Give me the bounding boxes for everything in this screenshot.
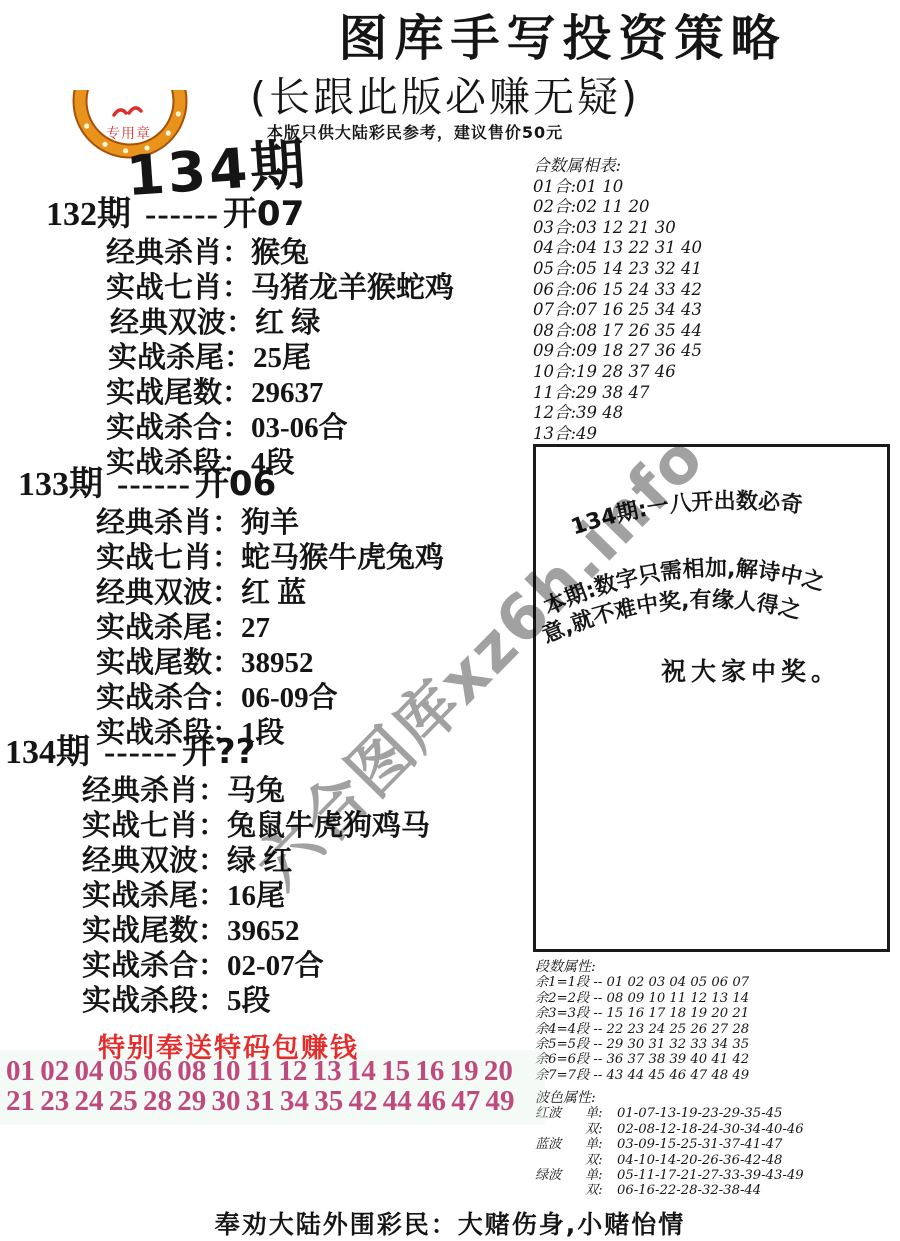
period-row: 经典双波：绿 红 <box>82 843 540 878</box>
wave-name <box>535 1153 585 1168</box>
period-rows: 经典杀肖：猴兔 实战七肖：马猪龙羊猴蛇鸡 经典双波：红 绿 实战杀尾：25尾 实… <box>0 235 540 480</box>
row-value: 5段 <box>227 985 271 1017</box>
table-row: 09合:09 18 27 36 45 <box>533 341 893 362</box>
wave-name: 蓝波 <box>535 1137 585 1152</box>
period-rows: 经典杀肖：马兔 实战七肖：兔鼠牛虎狗鸡马 经典双波：绿 红 实战杀尾：16尾 实… <box>0 773 540 1018</box>
period-dashes: ------ <box>104 734 178 771</box>
parity-label: 双: <box>585 1183 617 1198</box>
table-row: 08合:08 17 26 35 44 <box>533 321 893 342</box>
period-row: 实战杀合：03-06合 <box>106 410 540 445</box>
row-label: 实战七肖： <box>82 808 227 842</box>
row-value: 兔鼠牛虎狗鸡马 <box>227 810 430 842</box>
period-row: 经典杀肖：狗羊 <box>96 505 540 540</box>
parity-label: 单: <box>585 1168 617 1183</box>
row-label: 实战尾数： <box>82 913 227 947</box>
footer-advisory: 奉劝大陆外围彩民：大赌伤身,小赌怡情 <box>0 1205 900 1241</box>
table-row: 13合:49 <box>533 424 893 445</box>
special-numbers-rows: 01 02 04 05 06 08 10 11 12 13 14 15 16 1… <box>6 1056 531 1116</box>
row-value: 39652 <box>227 915 300 947</box>
period-row: 实战杀段：5段 <box>82 983 540 1018</box>
wave-numbers: 04-10-14-20-26-36-42-48 <box>617 1153 782 1168</box>
parity-label: 双: <box>585 1153 617 1168</box>
list-item: 双:02-08-12-18-24-30-34-40-46 <box>535 1122 900 1137</box>
list-item: 双:06-16-22-28-32-38-44 <box>535 1183 900 1198</box>
page-subtitle: (长跟此版必赚无疑) <box>140 64 750 123</box>
list-item: 余3=3段 -- 15 16 17 18 19 20 21 <box>535 1006 895 1021</box>
period-row: 实战杀合：02-07合 <box>82 948 540 983</box>
period-row: 实战七肖：兔鼠牛虎狗鸡马 <box>82 808 540 843</box>
table-row: 04合:04 13 22 31 40 <box>533 238 893 259</box>
wave-numbers: 01-07-13-19-23-29-35-45 <box>617 1106 782 1121</box>
stamp-dot <box>176 111 181 116</box>
table-row: 10合:19 28 37 46 <box>533 362 893 383</box>
period-row: 经典杀肖：猴兔 <box>106 235 540 270</box>
row-label: 实战杀尾： <box>108 340 253 374</box>
list-item: 绿波单:05-11-17-21-27-33-39-43-49 <box>535 1168 900 1183</box>
period-block-134: 134期------开?? 经典杀肖：马兔 实战七肖：兔鼠牛虎狗鸡马 经典双波：… <box>0 724 540 1018</box>
list-item: 余1=1段 -- 01 02 03 04 05 06 07 <box>535 975 895 990</box>
wave-color-title: 波色属性: <box>535 1091 900 1106</box>
table-row: 06合:06 15 24 33 42 <box>533 280 893 301</box>
table-row: 01合:01 10 <box>533 177 893 198</box>
message-line-1: 134期:一八开出数必奇 <box>568 488 804 541</box>
period-rows: 经典杀肖：狗羊 实战七肖：蛇马猴牛虎兔鸡 经典双波：红 蓝 实战杀尾：27 实战… <box>0 505 540 750</box>
period-block-132: 132期------开07 经典杀肖：猴兔 实战七肖：马猪龙羊猴蛇鸡 经典双波：… <box>0 186 540 480</box>
wave-color-list: 波色属性: 红波单:01-07-13-19-23-29-35-45 双:02-0… <box>535 1091 900 1199</box>
period-result: 开07 <box>223 194 304 234</box>
row-label: 实战杀尾： <box>96 610 241 644</box>
row-label: 实战七肖： <box>96 540 241 574</box>
list-item: 余7=7段 -- 43 44 45 46 47 48 49 <box>535 1068 895 1083</box>
period-row: 实战尾数：29637 <box>106 375 540 410</box>
row-value: 马猪龙羊猴蛇鸡 <box>251 272 454 304</box>
period-result: 开06 <box>195 464 276 504</box>
period-header: 132期------开07 <box>0 186 540 235</box>
period-dashes: ------ <box>145 196 219 233</box>
period-row: 实战杀合：06-09合 <box>96 680 540 715</box>
period-row: 实战杀尾：25尾 <box>106 340 540 375</box>
row-value: 25尾 <box>253 342 311 374</box>
period-row: 经典双波：红 蓝 <box>96 575 540 610</box>
period-title: 134期 <box>5 734 90 771</box>
stamp-dot <box>102 142 107 147</box>
period-row: 经典双波：红 绿 <box>106 305 540 340</box>
list-item: 双:04-10-14-20-26-36-42-48 <box>535 1153 900 1168</box>
list-item: 余4=4段 -- 22 23 24 25 26 27 28 <box>535 1022 895 1037</box>
row-label: 实战尾数： <box>96 645 241 679</box>
row-label: 实战杀合： <box>96 680 241 714</box>
period-row: 经典杀肖：马兔 <box>82 773 540 808</box>
period-title: 132期 <box>46 196 131 233</box>
period-row: 实战尾数：39652 <box>82 913 540 948</box>
table-row: 07合:07 16 25 34 43 <box>533 300 893 321</box>
row-value: 红 蓝 <box>241 577 306 609</box>
period-dashes: ------ <box>117 466 191 503</box>
row-label: 经典杀肖： <box>82 773 227 807</box>
row-value: 03-06合 <box>251 412 348 444</box>
row-value: 红 绿 <box>255 307 320 339</box>
table-row: 03合:03 12 21 30 <box>533 218 893 239</box>
wave-numbers: 06-16-22-28-32-38-44 <box>617 1183 761 1198</box>
period-row: 实战尾数：38952 <box>96 645 540 680</box>
list-item: 蓝波单:03-09-15-25-31-37-41-47 <box>535 1137 900 1152</box>
row-value: 绿 红 <box>227 845 292 877</box>
period-row: 实战七肖：马猪龙羊猴蛇鸡 <box>106 270 540 305</box>
row-value: 马兔 <box>227 775 285 807</box>
parity-label: 单: <box>585 1106 617 1121</box>
sum-zodiac-title: 合数属相表: <box>533 156 893 177</box>
row-label: 实战尾数： <box>106 375 251 409</box>
period-header: 134期------开?? <box>0 724 540 773</box>
message-line-1-text: 134期:一八开出数必奇 <box>568 488 804 541</box>
parity-label: 单: <box>585 1137 617 1152</box>
list-item: 余2=2段 -- 08 09 10 11 12 13 14 <box>535 991 895 1006</box>
table-row: 12合:39 48 <box>533 403 893 424</box>
row-value: 狗羊 <box>241 507 299 539</box>
wave-name: 绿波 <box>535 1168 585 1183</box>
row-label: 实战七肖： <box>106 270 251 304</box>
row-value: 蛇马猴牛虎兔鸡 <box>241 542 444 574</box>
period-row: 实战杀尾：27 <box>96 610 540 645</box>
special-numbers-row: 21 23 24 25 28 29 30 31 34 35 42 44 46 4… <box>6 1086 531 1116</box>
period-header: 133期------开06 <box>0 456 540 505</box>
row-label: 实战杀尾： <box>82 878 227 912</box>
message-box: 134期:一八开出数必奇 本期:数字只需相加,解诗中之 意,就不难中奖,有缘人得… <box>533 444 890 952</box>
row-label: 经典杀肖： <box>96 505 241 539</box>
table-row: 05合:05 14 23 32 41 <box>533 259 893 280</box>
row-label: 经典双波： <box>110 305 255 339</box>
row-value: 06-09合 <box>241 682 338 714</box>
list-item: 红波单:01-07-13-19-23-29-35-45 <box>535 1106 900 1121</box>
segment-attribute-list: 段数属性: 余1=1段 -- 01 02 03 04 05 06 07 余2=2… <box>535 960 895 1083</box>
list-item: 余5=5段 -- 29 30 31 32 33 34 35 <box>535 1037 895 1052</box>
sum-zodiac-table: 合数属相表: 01合:01 10 02合:02 11 20 03合:03 12 … <box>533 156 893 444</box>
row-value: 猴兔 <box>251 237 309 269</box>
stamp-dot <box>84 123 89 128</box>
row-label: 经典双波： <box>82 843 227 877</box>
wish-text: 祝大家中奖。 <box>661 652 841 688</box>
table-row: 02合:02 11 20 <box>533 197 893 218</box>
stamp-red-mark <box>129 108 141 113</box>
wave-numbers: 03-09-15-25-31-37-41-47 <box>617 1137 782 1152</box>
row-label: 经典双波： <box>96 575 241 609</box>
scanned-lottery-sheet: { "page": { "title": "图库手写投资策略", "subtit… <box>0 0 900 1241</box>
wave-name <box>535 1183 585 1198</box>
stamp-red-mark <box>114 110 126 115</box>
row-label: 实战杀段： <box>82 983 227 1017</box>
wave-numbers: 02-08-12-18-24-30-34-40-46 <box>617 1122 804 1137</box>
parity-label: 双: <box>585 1122 617 1137</box>
page-title: 图库手写投资策略 <box>225 0 900 70</box>
period-row: 实战七肖：蛇马猴牛虎兔鸡 <box>96 540 540 575</box>
table-row: 11合:29 38 47 <box>533 383 893 404</box>
list-item: 余6=6段 -- 36 37 38 39 40 41 42 <box>535 1052 895 1067</box>
period-block-133: 133期------开06 经典杀肖：狗羊 实战七肖：蛇马猴牛虎兔鸡 经典双波：… <box>0 456 540 750</box>
special-numbers-row: 01 02 04 05 06 08 10 11 12 13 14 15 16 1… <box>6 1056 531 1086</box>
period-row: 实战杀尾：16尾 <box>82 878 540 913</box>
period-title: 133期 <box>18 466 103 503</box>
row-value: 16尾 <box>227 880 285 912</box>
row-label: 实战杀合： <box>82 948 227 982</box>
row-value: 02-07合 <box>227 950 324 982</box>
row-value: 29637 <box>251 377 324 409</box>
wave-numbers: 05-11-17-21-27-33-39-43-49 <box>617 1168 804 1183</box>
row-label: 实战杀合： <box>106 410 251 444</box>
row-value: 27 <box>241 612 270 644</box>
segment-title: 段数属性: <box>535 960 895 975</box>
row-label: 经典杀肖： <box>106 235 251 269</box>
row-value: 38952 <box>241 647 314 679</box>
period-result: 开?? <box>182 732 255 772</box>
